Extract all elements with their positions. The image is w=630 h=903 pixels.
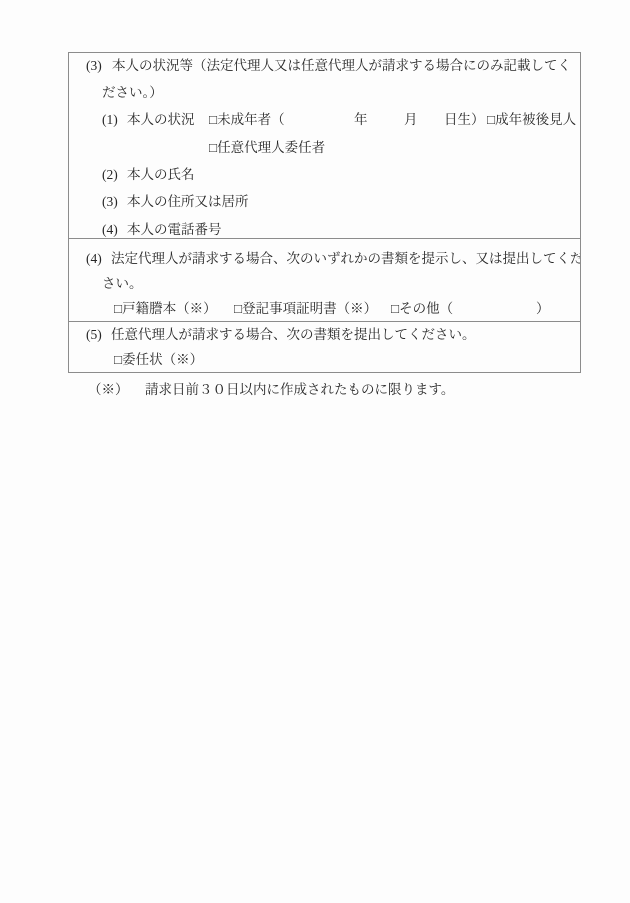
section4-text-line2: さい。 [102,276,143,292]
other-option: □その他（ [391,301,453,317]
item1-number: (1) [102,112,118,128]
section3-heading-line2: ださい。） [102,85,163,101]
request-form-table: (3) 本人の状況等（法定代理人又は任意代理人が請求する場合にのみ記載してく だ… [68,52,581,373]
year-label: 年 [354,112,368,128]
item3-number: (3) [102,194,118,210]
minor-option-label: 未成年者（ [217,112,285,127]
footnote-text: 請求日前３０日以内に作成されたものに限ります。 [145,382,454,398]
minor-option: □未成年者（ [209,112,285,128]
section-divider-1 [69,238,580,239]
registry-certificate-checkbox: □ [234,301,242,316]
family-register-checkbox: □ [114,301,122,316]
section4-number: (4) [86,251,102,267]
section4-text-line1: 法定代理人が請求する場合、次のいずれかの書類を提示し、又は提出してくだ [111,251,581,267]
item4-label: 本人の電話番号 [127,222,222,238]
day-born-label: 日生） [444,112,485,128]
family-register-option-label: 戸籍謄本（※） [122,301,217,316]
item1-label: 本人の状況 [127,112,195,128]
section-divider-2 [69,321,580,322]
footnote-marker: （※） [88,382,129,398]
voluntary-delegator-option-label: 任意代理人委任者 [217,140,325,155]
power-of-attorney-option: □委任状（※） [114,352,203,368]
section3-heading-line1: 本人の状況等（法定代理人又は任意代理人が請求する場合にのみ記載してく [112,58,571,74]
voluntary-delegator-checkbox: □ [209,140,217,155]
power-of-attorney-option-label: 委任状（※） [122,352,203,367]
registry-certificate-option: □登記事項証明書（※） [234,301,377,317]
section5-text: 任意代理人が請求する場合、次の書類を提出してください。 [111,327,476,343]
registry-certificate-option-label: 登記事項証明書（※） [242,301,377,316]
adult-ward-option: □成年被後見人 [487,112,576,128]
adult-ward-checkbox: □ [487,112,495,127]
item2-label: 本人の氏名 [127,167,195,183]
adult-ward-option-label: 成年被後見人 [495,112,576,127]
voluntary-delegator-option: □任意代理人委任者 [209,140,325,156]
month-label: 月 [404,112,418,128]
document-page: { "colors": { "page_bg": "#fdfdfd", "lin… [0,0,630,903]
minor-checkbox: □ [209,112,217,127]
section5-number: (5) [86,327,102,343]
power-of-attorney-checkbox: □ [114,352,122,367]
item4-number: (4) [102,222,118,238]
other-checkbox: □ [391,301,399,316]
family-register-option: □戸籍謄本（※） [114,301,217,317]
other-option-label: その他（ [399,301,453,316]
item3-label: 本人の住所又は居所 [127,194,249,210]
section3-number: (3) [86,58,102,74]
other-close-paren: ） [536,301,550,317]
item2-number: (2) [102,167,118,183]
